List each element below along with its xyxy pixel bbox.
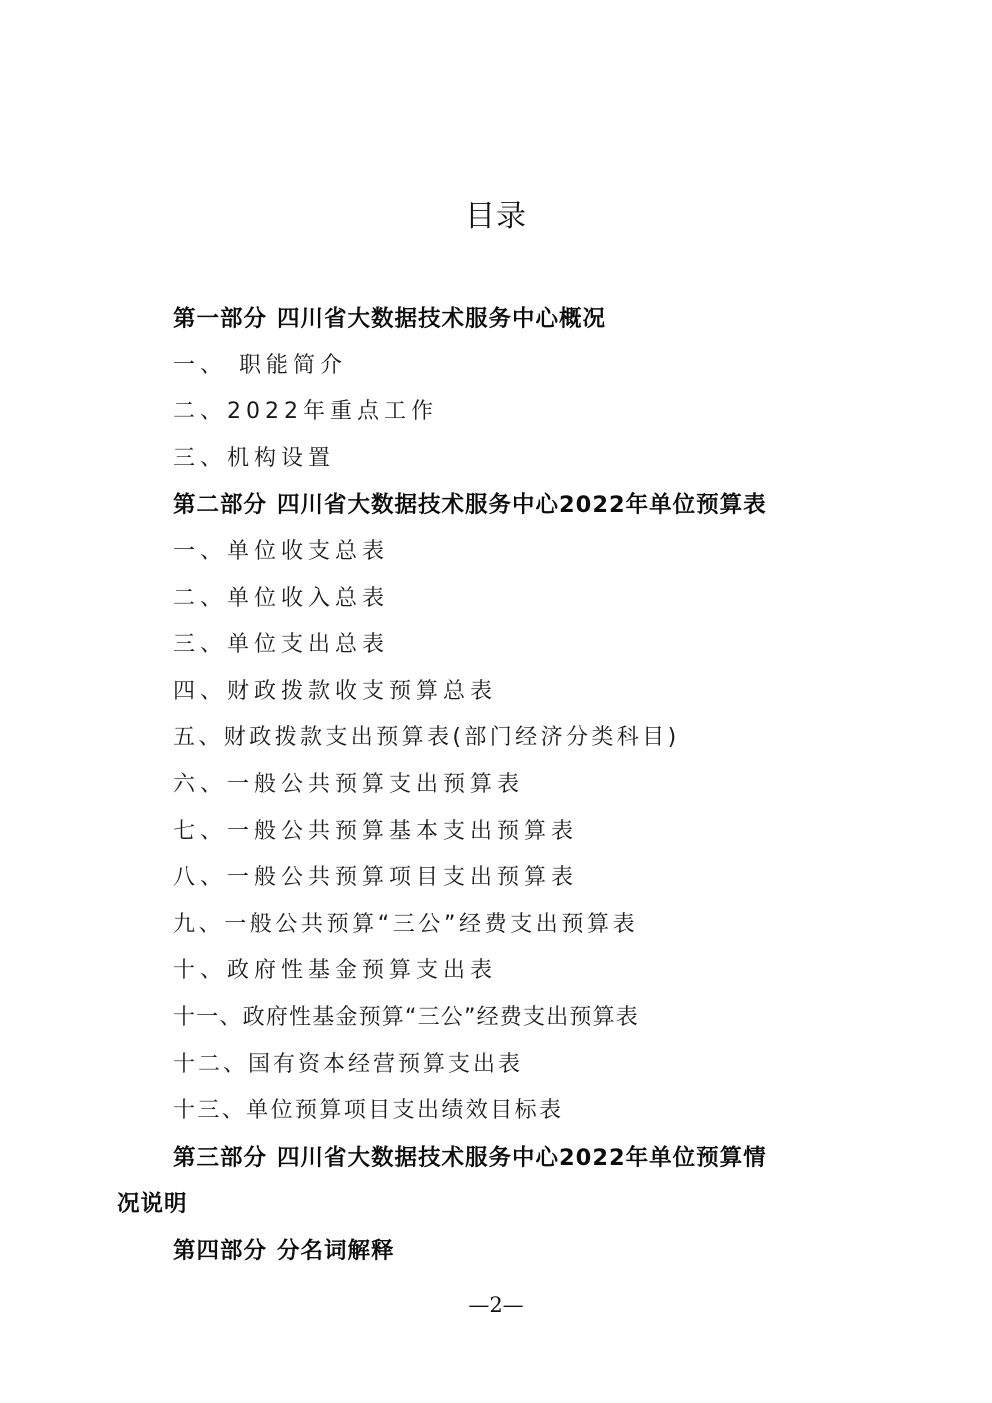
- toc-item[interactable]: 三、机构设置: [117, 436, 837, 483]
- toc-item[interactable]: 十、政府性基金预算支出表: [117, 948, 837, 995]
- part-title: 四川省大数据技术服务中心2022年单位预算表: [277, 492, 767, 518]
- toc-item[interactable]: 二、2022年重点工作: [117, 389, 837, 436]
- toc-part-1-heading[interactable]: 第一部分四川省大数据技术服务中心概况: [117, 296, 837, 343]
- toc-part-2-heading[interactable]: 第二部分四川省大数据技术服务中心2022年单位预算表: [117, 482, 837, 529]
- part-label: 第四部分: [173, 1238, 267, 1264]
- toc-item[interactable]: 十一、政府性基金预算“三公”经费支出预算表: [117, 995, 837, 1042]
- toc-item[interactable]: 一、 职能简介: [117, 343, 837, 390]
- toc-item[interactable]: 二、单位收入总表: [117, 576, 837, 623]
- toc-part-3-heading-continuation[interactable]: 况说明: [117, 1181, 837, 1228]
- toc-item[interactable]: 十二、国有资本经营预算支出表: [117, 1042, 837, 1089]
- toc-item[interactable]: 六、一般公共预算支出预算表: [117, 762, 837, 809]
- toc-item[interactable]: 八、一般公共预算项目支出预算表: [117, 855, 837, 902]
- part-title: 四川省大数据技术服务中心概况: [277, 306, 606, 332]
- part-title-continuation: 况说明: [117, 1191, 188, 1217]
- toc-item[interactable]: 四、财政拨款收支预算总表: [117, 669, 837, 716]
- toc-item[interactable]: 十三、单位预算项目支出绩效目标表: [117, 1088, 837, 1135]
- toc-item[interactable]: 五、财政拨款支出预算表(部门经济分类科目): [117, 715, 837, 762]
- table-of-contents: 第一部分四川省大数据技术服务中心概况 一、 职能简介 二、2022年重点工作 三…: [117, 296, 837, 1274]
- toc-item[interactable]: 七、一般公共预算基本支出预算表: [117, 809, 837, 856]
- page-title: 目录: [0, 196, 992, 238]
- part-title: 四川省大数据技术服务中心2022年单位预算情: [277, 1145, 767, 1171]
- part-label: 第三部分: [173, 1145, 267, 1171]
- page-number: —2—: [0, 1290, 992, 1320]
- toc-part-4-heading[interactable]: 第四部分分名词解释: [117, 1228, 837, 1275]
- toc-part-3-heading[interactable]: 第三部分四川省大数据技术服务中心2022年单位预算情: [117, 1135, 837, 1182]
- part-label: 第一部分: [173, 306, 267, 332]
- part-label: 第二部分: [173, 492, 267, 518]
- part-title: 分名词解释: [277, 1238, 395, 1264]
- toc-item[interactable]: 一、单位收支总表: [117, 529, 837, 576]
- toc-item[interactable]: 九、一般公共预算“三公”经费支出预算表: [117, 902, 837, 949]
- toc-item[interactable]: 三、单位支出总表: [117, 622, 837, 669]
